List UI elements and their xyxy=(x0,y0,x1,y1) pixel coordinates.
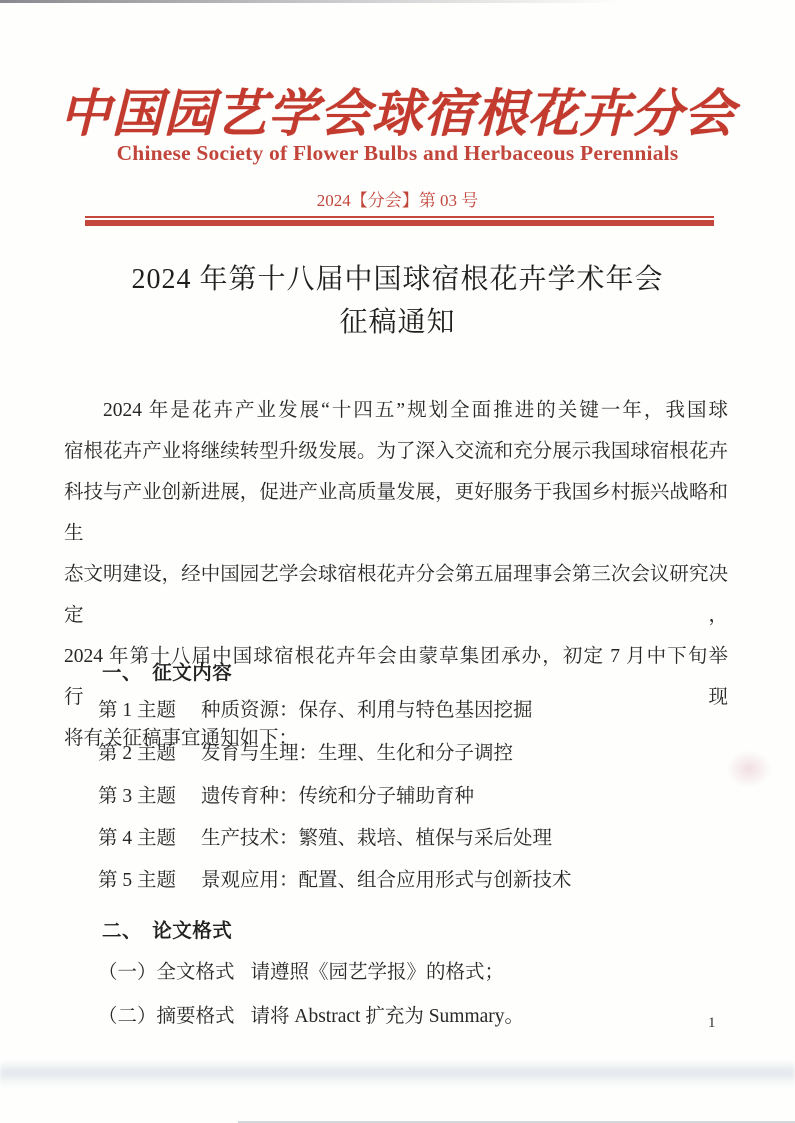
topic-text: 生产技术：繁殖、栽培、植保与采后处理 xyxy=(201,828,552,849)
red-divider xyxy=(85,216,714,226)
section-heading-format: 二、 论文格式 xyxy=(102,915,232,943)
document-page: 中国园艺学会球宿根花卉分会 Chinese Society of Flower … xyxy=(0,0,795,1123)
scan-bottom-band-artifact xyxy=(0,1060,795,1088)
format-row: （二）摘要格式请将 Abstract 扩充为 Summary。 xyxy=(98,1000,524,1028)
topic-row: 第 3 主题遗传育种：传统和分子辅助育种 xyxy=(98,780,474,808)
document-title: 2024 年第十八届中国球宿根花卉学术年会 征稿通知 xyxy=(0,258,795,344)
topic-text: 种质资源：保存、利用与特色基因挖掘 xyxy=(201,700,533,721)
paragraph-line: 科技与产业创新进展，促进产业高质量发展，更好服务于我国乡村振兴战略和生 xyxy=(64,472,728,554)
topic-text: 发育与生理：生理、生化和分子调控 xyxy=(201,743,513,764)
title-line-2: 征稿通知 xyxy=(0,301,795,344)
topic-label: 第 1 主题 xyxy=(98,700,176,721)
topic-label: 第 2 主题 xyxy=(98,743,176,764)
paragraph-line: 2024 年是花卉产业发展“十四五”规划全面推进的关键一年，我国球 xyxy=(64,390,728,431)
topic-label: 第 3 主题 xyxy=(98,786,176,807)
scan-top-edge-artifact xyxy=(0,0,795,3)
topic-row: 第 5 主题景观应用：配置、组合应用形式与创新技术 xyxy=(98,864,572,892)
org-name-english: Chinese Society of Flower Bulbs and Herb… xyxy=(0,141,795,166)
topic-row: 第 2 主题发育与生理：生理、生化和分子调控 xyxy=(98,737,513,765)
format-label: （一）全文格式 xyxy=(98,962,235,983)
format-label: （二）摘要格式 xyxy=(98,1006,235,1027)
page-number: 1 xyxy=(708,1015,716,1032)
format-text: 请将 Abstract 扩充为 Summary。 xyxy=(251,1006,525,1027)
topic-text: 景观应用：配置、组合应用形式与创新技术 xyxy=(201,870,572,891)
topic-text: 遗传育种：传统和分子辅助育种 xyxy=(201,786,474,807)
topic-row: 第 4 主题生产技术：繁殖、栽培、植保与采后处理 xyxy=(98,822,552,850)
format-text: 请遵照《园艺学报》的格式； xyxy=(251,962,505,983)
doc-number: 2024【分会】第 03 号 xyxy=(0,186,795,211)
section-heading-topics: 一、 征文内容 xyxy=(102,657,232,685)
scan-smudge-artifact xyxy=(726,750,772,788)
topic-label: 第 4 主题 xyxy=(98,828,176,849)
red-divider-thick-bar xyxy=(85,220,714,226)
format-row: （一）全文格式请遵照《园艺学报》的格式； xyxy=(98,956,504,984)
topic-label: 第 5 主题 xyxy=(98,870,176,891)
topic-row: 第 1 主题种质资源：保存、利用与特色基因挖掘 xyxy=(98,694,533,722)
paragraph-line: 态文明建设，经中国园艺学会球宿根花卉分会第五届理事会第三次会议研究决定， xyxy=(64,554,728,636)
paragraph-line: 宿根花卉产业将继续转型升级发展。为了深入交流和充分展示我国球宿根花卉 xyxy=(64,431,728,472)
org-name-calligraphy: 中国园艺学会球宿根花卉分会 xyxy=(0,72,795,146)
title-line-1: 2024 年第十八届中国球宿根花卉学术年会 xyxy=(0,258,795,301)
